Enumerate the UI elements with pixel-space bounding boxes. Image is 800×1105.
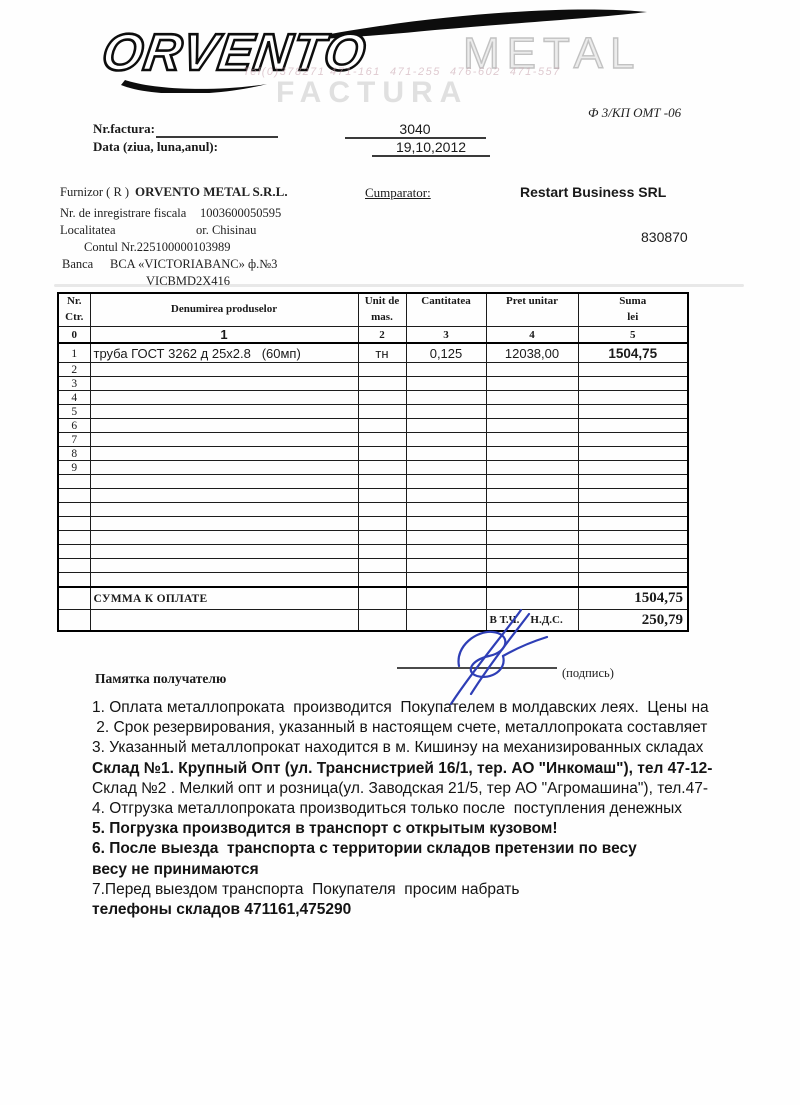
empty-cell xyxy=(486,433,578,447)
vat-value: 250,79 xyxy=(578,610,688,632)
empty-cell xyxy=(578,517,688,531)
table-row xyxy=(58,531,688,545)
empty-cell xyxy=(358,391,406,405)
empty-cell xyxy=(90,489,358,503)
empty-cell xyxy=(358,503,406,517)
table-row: 3 xyxy=(58,377,688,391)
row-number-cell xyxy=(58,503,90,517)
empty-cell xyxy=(486,531,578,545)
empty-cell xyxy=(578,559,688,573)
empty-cell xyxy=(406,489,486,503)
note-line: 2. Срок резервирования, указанный в наст… xyxy=(92,718,752,738)
empty-cell xyxy=(358,573,406,588)
scan-smudge xyxy=(54,284,744,287)
empty-cell xyxy=(90,559,358,573)
invoice-date-underline xyxy=(372,155,490,157)
empty-cell xyxy=(486,545,578,559)
empty-cell xyxy=(90,419,358,433)
empty-cell xyxy=(578,363,688,377)
supplier-locality-label: Localitatea xyxy=(60,223,116,238)
row-number-cell xyxy=(58,475,90,489)
invoice-date-label: Data (ziua, luna,anul): xyxy=(93,139,218,155)
table-row: 6 xyxy=(58,419,688,433)
empty-cell xyxy=(358,377,406,391)
table-row: 7 xyxy=(58,433,688,447)
total-cell-unit xyxy=(358,587,406,610)
table-row: 8 xyxy=(58,447,688,461)
factura-watermark: FACTURA xyxy=(276,76,468,110)
table-row xyxy=(58,545,688,559)
row-number-cell xyxy=(58,573,90,588)
empty-cell xyxy=(90,391,358,405)
index-cell-5: 5 xyxy=(578,327,688,344)
supplier-account: Contul Nr.225100000103989 xyxy=(84,240,231,255)
empty-cell xyxy=(406,531,486,545)
empty-cell xyxy=(578,545,688,559)
empty-cell xyxy=(406,461,486,475)
empty-cell xyxy=(358,363,406,377)
header-unit-line2: mas. xyxy=(362,310,403,326)
empty-cell xyxy=(358,559,406,573)
note-line: 4. Отгрузка металлопроката производиться… xyxy=(92,799,752,819)
item-nr: 1 xyxy=(58,343,90,363)
empty-cell xyxy=(406,517,486,531)
index-cell-2: 2 xyxy=(358,327,406,344)
index-cell-0: 0 xyxy=(58,327,90,344)
header-qty-text: Cantitatea xyxy=(410,294,483,310)
empty-cell xyxy=(486,475,578,489)
supplier-bank-label: Banca xyxy=(62,257,93,272)
empty-cell xyxy=(406,503,486,517)
vat-cell-nr xyxy=(58,610,90,632)
empty-cell xyxy=(90,405,358,419)
empty-cell xyxy=(486,447,578,461)
buyer-code: 830870 xyxy=(641,229,688,245)
note-line: 3. Указанный металлопрокат находится в м… xyxy=(92,738,752,758)
note-line: Склад №2 . Мелкий опт и розница(ул. Заво… xyxy=(92,779,752,799)
table-row: 4 xyxy=(58,391,688,405)
empty-cell xyxy=(90,447,358,461)
supplier-locality: or. Chisinau xyxy=(196,223,256,238)
invoice-page: ORVENTO METAL Tel(0)378271 471-161 471-2… xyxy=(0,0,800,1105)
item-sum: 1504,75 xyxy=(578,343,688,363)
empty-cell xyxy=(486,405,578,419)
table-row xyxy=(58,559,688,573)
note-line: 7.Перед выездом транспорта Покупателя пр… xyxy=(92,880,752,900)
empty-cell xyxy=(406,559,486,573)
table-row xyxy=(58,573,688,588)
supplier-fiscal-label: Nr. de inregistrare fiscala xyxy=(60,206,186,221)
note-line: 1. Оплата металлопроката производится По… xyxy=(92,698,752,718)
empty-cell xyxy=(358,405,406,419)
vat-cell-name xyxy=(90,610,358,632)
items-table-foot: СУММА К ОПЛАТЕ 1504,75 В Т.Ч. Н.Д.С. 250… xyxy=(58,587,688,631)
empty-cell xyxy=(406,363,486,377)
note-line: 5. Погрузка производится в транспорт с о… xyxy=(92,819,752,839)
empty-cell xyxy=(358,545,406,559)
col-header-qty: Cantitatea xyxy=(406,293,486,327)
column-index-row: 0 1 2 3 4 5 xyxy=(58,327,688,344)
empty-cell xyxy=(486,461,578,475)
item-name: труба ГОСТ 3262 д 25х2.8 (60мп) xyxy=(90,343,358,363)
empty-cell xyxy=(486,517,578,531)
signature-caption: (подпись) xyxy=(562,666,614,681)
empty-cell xyxy=(90,517,358,531)
row-number-cell: 4 xyxy=(58,391,90,405)
row-number-cell xyxy=(58,489,90,503)
row-number-cell: 7 xyxy=(58,433,90,447)
empty-cell xyxy=(486,573,578,588)
invoice-date-value: 19,10,2012 xyxy=(372,139,490,155)
item-row: 1 труба ГОСТ 3262 д 25х2.8 (60мп) тн 0,1… xyxy=(58,343,688,363)
empty-cell xyxy=(358,419,406,433)
empty-cell xyxy=(486,503,578,517)
empty-cell xyxy=(486,559,578,573)
col-header-nr: Nr.Ctr. xyxy=(58,293,90,327)
invoice-number-value: 3040 xyxy=(345,121,485,137)
empty-cell xyxy=(578,405,688,419)
items-table-head: Nr.Ctr. Denumirea produselor Unit demas.… xyxy=(58,293,688,363)
empty-cell xyxy=(486,391,578,405)
row-number-cell: 5 xyxy=(58,405,90,419)
table-row xyxy=(58,489,688,503)
buyer-label: Cumparator: xyxy=(365,185,431,201)
empty-cell xyxy=(486,363,578,377)
index-cell-3: 3 xyxy=(406,327,486,344)
empty-cell xyxy=(406,377,486,391)
total-cell-nr xyxy=(58,587,90,610)
empty-cell xyxy=(578,447,688,461)
index-cell-4: 4 xyxy=(486,327,578,344)
row-number-cell: 2 xyxy=(58,363,90,377)
empty-cell xyxy=(486,489,578,503)
empty-cell xyxy=(578,433,688,447)
blank-underline xyxy=(156,136,278,138)
notes-list: 1. Оплата металлопроката производится По… xyxy=(92,698,752,920)
header-price-text: Pret unitar xyxy=(490,294,575,310)
vat-cell-unit xyxy=(358,610,406,632)
table-header-row: Nr.Ctr. Denumirea produselor Unit demas.… xyxy=(58,293,688,327)
empty-cell xyxy=(90,363,358,377)
empty-cell xyxy=(358,447,406,461)
total-row: СУММА К ОПЛАТЕ 1504,75 xyxy=(58,587,688,610)
supplier-fiscal-code: 1003600050595 xyxy=(200,206,281,221)
empty-cell xyxy=(578,489,688,503)
empty-cell xyxy=(90,573,358,588)
col-header-name: Denumirea produselor xyxy=(90,293,358,327)
row-number-cell xyxy=(58,531,90,545)
table-row xyxy=(58,517,688,531)
header-name-text: Denumirea produselor xyxy=(94,302,355,318)
handwritten-signature xyxy=(425,606,575,708)
empty-cell xyxy=(406,545,486,559)
note-line: 6. После выезда транспорта с территории … xyxy=(92,839,752,859)
empty-cell xyxy=(486,377,578,391)
header-sum-line1: Suma xyxy=(582,294,685,310)
empty-cell xyxy=(358,489,406,503)
empty-cell xyxy=(578,573,688,588)
row-number-cell xyxy=(58,559,90,573)
notes-title: Памятка получателю xyxy=(95,671,226,687)
empty-cell xyxy=(406,475,486,489)
item-price: 12038,00 xyxy=(486,343,578,363)
empty-cell xyxy=(90,475,358,489)
empty-cell xyxy=(578,377,688,391)
empty-cell xyxy=(90,531,358,545)
header-sum-line2: lei xyxy=(582,310,685,326)
row-number-cell xyxy=(58,517,90,531)
row-number-cell: 6 xyxy=(58,419,90,433)
row-number-cell: 9 xyxy=(58,461,90,475)
empty-cell xyxy=(90,545,358,559)
empty-cell xyxy=(358,461,406,475)
supplier-bank-name: BCA «VICTORIABANC» ф.№3 xyxy=(110,257,277,272)
total-value: 1504,75 xyxy=(578,587,688,610)
col-header-sum: Sumalei xyxy=(578,293,688,327)
col-header-unit: Unit demas. xyxy=(358,293,406,327)
empty-cell xyxy=(578,503,688,517)
empty-cell xyxy=(358,433,406,447)
empty-cell xyxy=(578,419,688,433)
supplier-label: Furnizor ( R ) xyxy=(60,185,129,200)
empty-cell xyxy=(90,503,358,517)
table-row xyxy=(58,503,688,517)
empty-cell xyxy=(578,391,688,405)
empty-cell xyxy=(578,531,688,545)
form-code: Ф 3/КП ОМТ -06 xyxy=(588,105,681,121)
empty-cell xyxy=(358,517,406,531)
empty-cell xyxy=(358,475,406,489)
buyer-name: Restart Business SRL xyxy=(520,184,666,200)
empty-cell xyxy=(406,433,486,447)
invoice-number-label: Nr.factura: xyxy=(93,121,155,137)
header-unit-line1: Unit de xyxy=(362,294,403,310)
empty-cell xyxy=(406,419,486,433)
supplier-name: ORVENTO METAL S.R.L. xyxy=(135,184,288,200)
table-row xyxy=(58,475,688,489)
empty-cell xyxy=(90,461,358,475)
empty-cell xyxy=(406,391,486,405)
total-label: СУММА К ОПЛАТЕ xyxy=(90,587,358,610)
vat-row: В Т.Ч. Н.Д.С. 250,79 xyxy=(58,610,688,632)
row-number-cell: 3 xyxy=(58,377,90,391)
empty-cell xyxy=(406,405,486,419)
empty-cell xyxy=(578,475,688,489)
items-empty-rows: 23456789 xyxy=(58,363,688,588)
table-row: 2 xyxy=(58,363,688,377)
item-qty: 0,125 xyxy=(406,343,486,363)
note-line: весу не принимаются xyxy=(92,860,752,880)
row-number-cell: 8 xyxy=(58,447,90,461)
header-nr-line1: Nr. xyxy=(62,294,87,310)
empty-cell xyxy=(90,377,358,391)
note-line: Склад №1. Крупный Опт (ул. Транснистрией… xyxy=(92,759,752,779)
empty-cell xyxy=(486,419,578,433)
note-line: телефоны складов 471161,475290 xyxy=(92,900,752,920)
header-nr-line2: Ctr. xyxy=(62,310,87,326)
table-row: 9 xyxy=(58,461,688,475)
items-table: Nr.Ctr. Denumirea produselor Unit demas.… xyxy=(57,292,689,632)
empty-cell xyxy=(358,531,406,545)
empty-cell xyxy=(406,573,486,588)
row-number-cell xyxy=(58,545,90,559)
empty-cell xyxy=(406,447,486,461)
empty-cell xyxy=(90,433,358,447)
empty-cell xyxy=(578,461,688,475)
table-row: 5 xyxy=(58,405,688,419)
index-cell-1: 1 xyxy=(90,327,358,344)
col-header-price: Pret unitar xyxy=(486,293,578,327)
item-unit: тн xyxy=(358,343,406,363)
